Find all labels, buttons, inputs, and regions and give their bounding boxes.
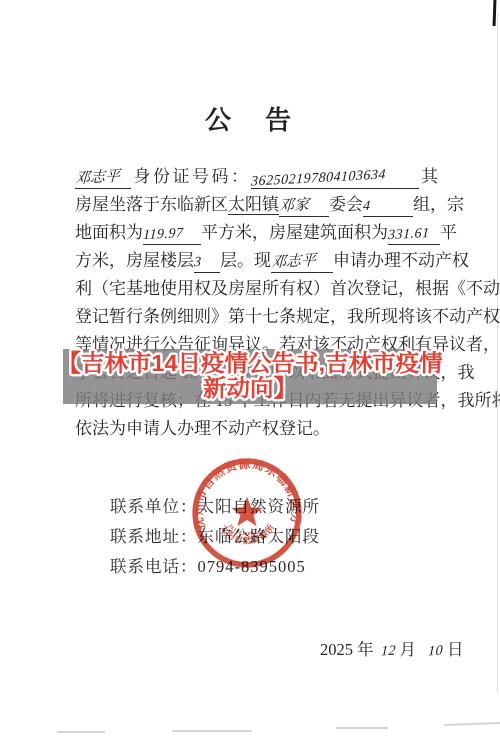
body-line-10: 依法为申请人办理不动产权登记。 (75, 415, 438, 443)
body-line-5: 利（宅基地使用权及房屋所有权）首次登记，根据《不动产 (75, 275, 438, 303)
handwritten-id-number: 362502197804103634 (250, 164, 386, 193)
seal-star-icon (232, 497, 263, 526)
body-text: 平 (440, 223, 457, 242)
handwritten-applicant: 邓志平 (270, 250, 316, 274)
handwritten-building-area: 331.61 (387, 223, 430, 247)
body-text: 现 (254, 251, 271, 270)
body-text: 地面积为 (75, 223, 143, 242)
contact-unit-label: 联系单位： (110, 497, 198, 516)
official-seal: 抚州市自然资源局东临新区分局 太阳自然资源所 3619210002 (186, 452, 308, 574)
overlay-caption-line2: 新动向】 (203, 374, 297, 401)
overlay-caption: 【吉林市14日疫情公告书,吉林市疫情 新动向】 (0, 342, 500, 406)
paper-edge-bottom (57, 731, 105, 733)
body-line-1: 邓志平身份证号码：362502197804103634其 (75, 163, 438, 191)
handwritten-group-number: 4 (362, 196, 371, 218)
handwritten-village: 邓家 (278, 194, 309, 218)
paper-edge-bottom (172, 730, 252, 732)
handwritten-land-area: 119.97 (142, 223, 184, 247)
overlay-caption-line1: 【吉林市14日疫情公告书,吉林市疫情 (57, 350, 443, 376)
handwritten-name: 邓志平 (74, 166, 120, 190)
town-name: 太阳镇 (228, 195, 279, 215)
date-year: 2025 (320, 640, 353, 659)
date-year-label: 年 (357, 640, 374, 659)
body-text: 委会 (329, 195, 363, 214)
body-line-3: 地面积为119.97平方米，房屋建筑面积为331.61平 (75, 219, 438, 247)
paper-edge-bottom (444, 722, 500, 726)
notice-title: 公 告 (0, 100, 500, 137)
body-line-6: 登记暂行条例细则》第十七条规定，我所现将该不动产权利 (75, 303, 438, 331)
body-text: 其 (419, 167, 439, 186)
body-text: 平方米，房屋建筑面积为 (201, 223, 388, 242)
date-day-label: 日 (447, 640, 464, 659)
scan-mark-top-right (493, 0, 497, 26)
date-line: 2025年12月10日 (320, 636, 460, 662)
paper-edge-bottom (336, 727, 388, 729)
contact-phone-label: 联系电话： (110, 557, 198, 576)
scanned-notice-page: 公 告 邓志平身份证号码：362502197804103634其 房屋坐落于东临… (0, 0, 500, 746)
date-month-label: 月 (400, 640, 417, 659)
handwritten-month: 12 (380, 644, 396, 661)
body-line-2: 房屋坐落于东临新区太阳镇邓家委会4组，宗 (75, 191, 438, 219)
handwritten-floors: 3 (193, 252, 202, 274)
body-text: 方米，房屋楼层 (75, 251, 194, 270)
body-text: 申请办理不动产权 (333, 251, 469, 270)
body-line-4: 方米，房屋楼层3层。现邓志平申请办理不动产权 (75, 247, 438, 275)
body-text: 层。 (220, 251, 254, 270)
handwritten-day: 10 (428, 644, 444, 661)
body-text: 房屋坐落于东临新区 (75, 195, 228, 214)
id-label: 身份证号码： (131, 167, 251, 186)
body-text: 组，宗 (413, 195, 464, 214)
contact-address-label: 联系地址： (110, 527, 198, 546)
